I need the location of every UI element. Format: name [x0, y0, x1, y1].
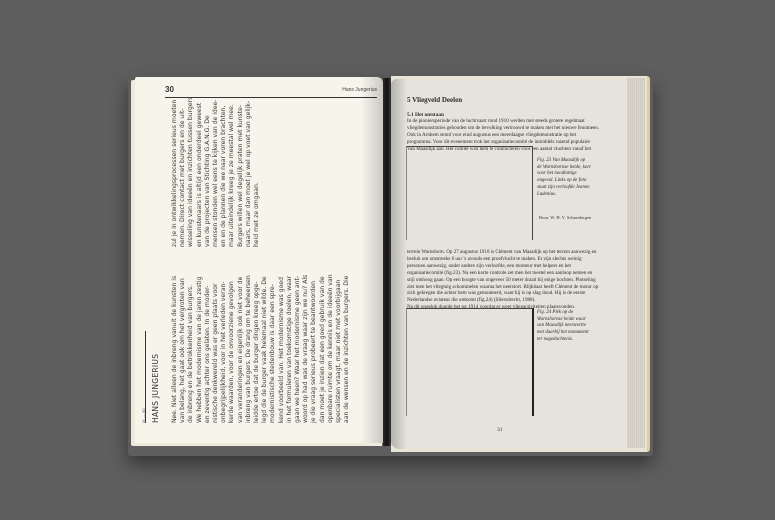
- author-name: HANS JUNGERIUS: [151, 354, 160, 423]
- caption-line: ter nagedachtenis.: [537, 337, 588, 344]
- page-edges: [627, 78, 645, 448]
- text-line: gaan we heen? Waar het modernisme geen a…: [294, 274, 302, 423]
- text-line: stijl omhoog gaan. Op een hoogte van ong…: [407, 277, 598, 284]
- text-line: je die vraag serieus probeert te beantwo…: [310, 274, 318, 423]
- text-line: specialisten vraagt, maar niet met voorb…: [335, 274, 343, 423]
- caption-line: ongeval. Links op de foto: [537, 178, 591, 185]
- text-line: We hebben het modernisme van de jaren ze…: [196, 274, 204, 423]
- text-line: terrein Warnsborn. Op 27 augustus 1910 i…: [407, 249, 598, 256]
- text-line: kend voorbeeld van. Het modernisme was g…: [278, 274, 286, 423]
- left-page: 30 Hans Jungerius IX — 30 HANS JUNGERIUS…: [135, 77, 383, 443]
- figure-24-frame: [406, 308, 534, 416]
- text-line: kerde waarden, voor de onvoorziene gevol…: [228, 274, 236, 423]
- text-line: leidde ertoe dat de burger dingen kreeg …: [253, 274, 261, 423]
- text-line: woord op had was de vraag waar zijn we n…: [302, 274, 310, 423]
- caption-line: van Maasdijk neerstortte: [537, 323, 588, 330]
- caption-line: de Warnsbornse heide, kort: [537, 165, 591, 172]
- text-line: Burgers willen wel degelijk praten met k…: [237, 97, 245, 247]
- caption-line: met daarbij het monument: [537, 330, 588, 337]
- right-page: 5 Vliegveld Deelen 5.1 Het ontstaan In d…: [391, 79, 627, 449]
- text-line: modernistische stedenbouw is daar een sp…: [269, 274, 277, 423]
- text-line: nistische denkwereld was er geen plaats …: [212, 274, 220, 423]
- right-page-number: 31: [497, 427, 503, 433]
- text-line: besluit om omstreeks 6 uur 's avonds een…: [407, 256, 598, 263]
- text-line: en kunstenaars is altijd een onderdeel g…: [196, 97, 204, 247]
- text-column-a: Nee. Niet alleen de inbreng vanuit de ku…: [171, 274, 351, 423]
- text-line: van de projecten van Stichting G.A.N.G. …: [204, 97, 212, 247]
- text-line: Nederlandse aviateur die omkomt (fig.24)…: [407, 297, 598, 304]
- text-line: vliegdemonstraties gehouden om de bevolk…: [407, 125, 599, 132]
- text-line: In de pioniersperiode van de luchtvaart …: [407, 118, 599, 125]
- text-line: wisseling van ideeën en inzichten tussen…: [187, 97, 195, 247]
- text-line: openbare ruimte om de kennis en de ideeë…: [327, 274, 335, 423]
- text-line: ziet men het vliegtuig schommelen waarna…: [407, 284, 598, 291]
- text-line: personen aanwezig, onder andere zijn ver…: [407, 263, 598, 270]
- text-line: aan de wensen en de inzichten van burger…: [343, 274, 351, 423]
- author-rule: [145, 331, 146, 423]
- text-line: van belang, het gaat ook om het vergrote…: [179, 274, 187, 423]
- text-column-b: zul je in ontwikkelingsprocessen serieus…: [171, 97, 261, 247]
- caption-line: Warnsbornse heide waar: [537, 317, 588, 324]
- chapter-title: 5 Vliegveld Deelen: [407, 96, 462, 104]
- caption-line: Ludenius.: [537, 192, 591, 199]
- text-line: nemen. Direct contact met burgers en de …: [179, 97, 187, 247]
- figure-24-caption: Fig. 24 Plek op de Warnsbornse heide waa…: [537, 310, 588, 344]
- text-line: zul je in ontwikkelingsprocessen serieus…: [171, 97, 179, 247]
- figure-23-source: Bron: W. H. V. Schaerdergen: [539, 215, 591, 220]
- book-spine: [383, 78, 391, 446]
- text-line: legd die de burger vaak helemaal niet wi…: [261, 274, 269, 423]
- caption-line: staat zijn verloofde Jeanne: [537, 185, 591, 192]
- text-line: mensen stonden wel eens te kijken van de…: [212, 97, 220, 247]
- text-line: maar uiteindelijk kreeg je ze meestal we…: [228, 97, 236, 247]
- text-line: Ook in Arnhem stond voor eind augustus e…: [407, 132, 599, 139]
- text-line: en en de plannen die we naar voren brach…: [220, 97, 228, 247]
- text-line: Nee. Niet alleen de inbreng vanuit de ku…: [171, 274, 179, 423]
- figure-23-frame: [406, 146, 533, 240]
- text-line: organisatiecomité (fig.23). Na een korte…: [407, 270, 598, 277]
- caption-line: Fig. 24 Plek op de: [537, 310, 588, 317]
- paragraph-2: terrein Warnsborn. Op 27 augustus 1910 i…: [407, 249, 598, 311]
- figure-23-caption: Fig. 23 Van Maasdijk op de Warnsbornse h…: [537, 158, 591, 198]
- book-photo: 30 Hans Jungerius IX — 30 HANS JUNGERIUS…: [0, 0, 775, 520]
- text-line: onbegrijpelijkheid, voor in het verleden…: [220, 274, 228, 423]
- text-line: van veranderingen en eigenlijk ook niet …: [237, 274, 245, 423]
- text-line: programma. Voor dit evenement trok het o…: [407, 139, 599, 146]
- text-line: heid met ze omgaan.: [253, 97, 261, 247]
- rotated-text-block: IX — 30 HANS JUNGERIUS Nee. Niet alleen …: [135, 77, 383, 443]
- text-line: de inbreng en de betrokkenheid van burge…: [187, 274, 195, 423]
- caption-line: voor het noodlottige: [537, 171, 591, 178]
- text-line: en zeventig achter ons gelaten. In de mo…: [204, 274, 212, 423]
- text-line: in het formuleren van toekomstige doelen…: [286, 274, 294, 423]
- text-line: inbreng van burgers. De drang om te behe…: [245, 274, 253, 423]
- caption-line: Fig. 23 Van Maasdijk op: [537, 158, 591, 165]
- text-line: dan moet je inzien dat een goed gebruik …: [319, 274, 327, 423]
- text-line: naars, maar dan moet je wel op voet van …: [245, 97, 253, 247]
